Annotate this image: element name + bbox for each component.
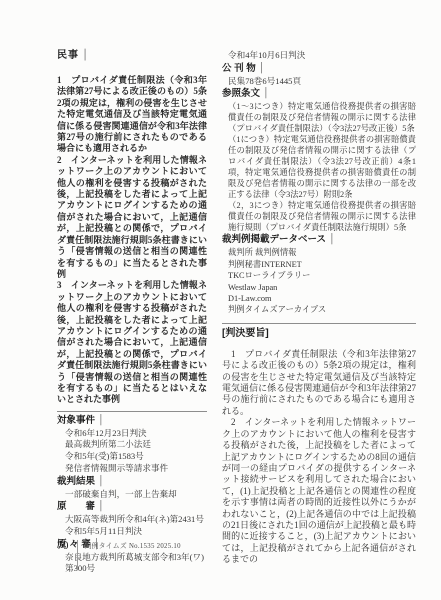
headnote-item-2: 2 インターネットを利用した情報ネットワーク上のアカウントにおいて他人の権利を侵… bbox=[57, 155, 207, 280]
section-divider-line bbox=[57, 411, 207, 412]
label-divider-bar: │ bbox=[82, 50, 89, 61]
case-detail-line: 一部破棄自判，一部上告棄却 bbox=[65, 489, 207, 501]
summary-divider-line bbox=[222, 323, 416, 324]
headnote-item-1: 1 プロバイダ責任制限法（令和3年法律第27号による改正後のもの）5条2項の規定… bbox=[57, 75, 207, 155]
label-divider-bar: │ bbox=[329, 234, 335, 245]
database-item: 判例タイムズアーカイブス bbox=[228, 304, 416, 315]
case-detail-line: 発信者情報開示等請求事件 bbox=[65, 463, 207, 475]
case-detail-line: 最高裁判所第二小法廷 bbox=[65, 439, 207, 451]
case-detail-line: 大阪高等裁判所令和4年(ネ)第2431号 bbox=[65, 514, 207, 526]
headnote-item-3: 3 インターネットを利用した情報ネットワーク上のアカウントにおいて他人の権利を侵… bbox=[57, 280, 207, 405]
label-divider-bar: │ bbox=[98, 415, 104, 426]
label-divider-bar: │ bbox=[259, 63, 265, 74]
publication-line: 民集78巻6号1445頁 bbox=[228, 76, 416, 88]
case-detail-line: 令和5年(受)第1583号 bbox=[65, 451, 207, 463]
case-section-label-gen-shin: 原 審│ bbox=[57, 501, 207, 513]
footer-divider-line bbox=[77, 540, 78, 570]
category-label: 民事│ bbox=[57, 50, 207, 62]
judgment-summary-heading: [判決要旨] bbox=[222, 327, 416, 341]
case-section-label-saiban-kekka: 裁判結果│ bbox=[57, 476, 207, 488]
case-section-label-databases: 裁判例掲載データベース│ bbox=[222, 234, 416, 246]
database-item: D1-Law.com bbox=[228, 293, 416, 304]
label-divider-bar: │ bbox=[98, 501, 104, 512]
case-detail-line: 令和6年12月23日判決 bbox=[65, 428, 207, 440]
case-section-label-sansho-jobun: 参照条文│ bbox=[222, 88, 416, 100]
reference-entry-1: （1～3につき）特定電気通信役務提供者の損害賠償責任の制限及び発信者情報の開示に… bbox=[228, 101, 416, 134]
case-section-label-text: 参照条文 bbox=[222, 88, 260, 99]
case-section-label-text: 裁判結果 bbox=[57, 476, 95, 487]
case-detail-continuation: 令和4年10月6日判決 bbox=[228, 50, 416, 62]
footer-journal-info: 判例タイムズ No.1535 2025.10 bbox=[85, 539, 181, 552]
case-section-label-text: 公 刊 物 bbox=[222, 63, 256, 74]
category-text: 民事 bbox=[57, 50, 79, 61]
reference-entry-2: （1につき）特定電気通信役務提供者の損害賠償責任の制限及び発信者情報の開示に関す… bbox=[228, 134, 416, 200]
database-item: 判例秘書INTERNET bbox=[228, 259, 416, 270]
database-item: 裁判所 裁判例情報 bbox=[228, 247, 416, 258]
reference-entry-3: （2，3につき）特定電気通信役務提供者の損害賠償責任の制限及び発信者情報の開示に… bbox=[228, 200, 416, 233]
case-section-label-text: 対象事件 bbox=[57, 415, 95, 426]
database-item: Westlaw Japan bbox=[228, 282, 416, 293]
left-column: 民事│ 1 プロバイダ責任制限法（令和3年法律第27号による改正後のもの）5条2… bbox=[57, 50, 207, 575]
footer-page-number: 70 bbox=[57, 539, 69, 553]
two-column-layout: 民事│ 1 プロバイダ責任制限法（令和3年法律第27号による改正後のもの）5条2… bbox=[57, 50, 416, 575]
case-detail-line: 令和5年5月11日判決 bbox=[65, 526, 207, 538]
label-divider-bar: │ bbox=[98, 476, 104, 487]
case-section-label-text: 裁判例掲載データベース bbox=[222, 234, 326, 245]
database-item: TKCローライブラリー bbox=[228, 270, 416, 281]
case-section-label-kokanbutsu: 公 刊 物│ bbox=[222, 63, 416, 75]
judgment-summary-paragraph-1: 1 プロバイダ責任制限法（令和3年法律第27号による改正後のもの）5条2項の規定… bbox=[222, 349, 416, 417]
case-section-label-text: 原 審 bbox=[57, 501, 95, 512]
journal-page: 民事│ 1 プロバイダ責任制限法（令和3年法律第27号による改正後のもの）5条2… bbox=[0, 0, 441, 600]
case-section-label-taisho-jiken: 対象事件│ bbox=[57, 415, 207, 427]
right-column: 令和4年10月6日判決 公 刊 物│ 民集78巻6号1445頁 参照条文│ （1… bbox=[222, 50, 416, 575]
judgment-summary-paragraph-2: 2 インターネットを利用した情報ネットワーク上のアカウントにおいて他人の権利を侵… bbox=[222, 417, 416, 565]
label-divider-bar: │ bbox=[263, 88, 269, 99]
page-footer: 70 判例タイムズ No.1535 2025.10 bbox=[57, 539, 181, 570]
